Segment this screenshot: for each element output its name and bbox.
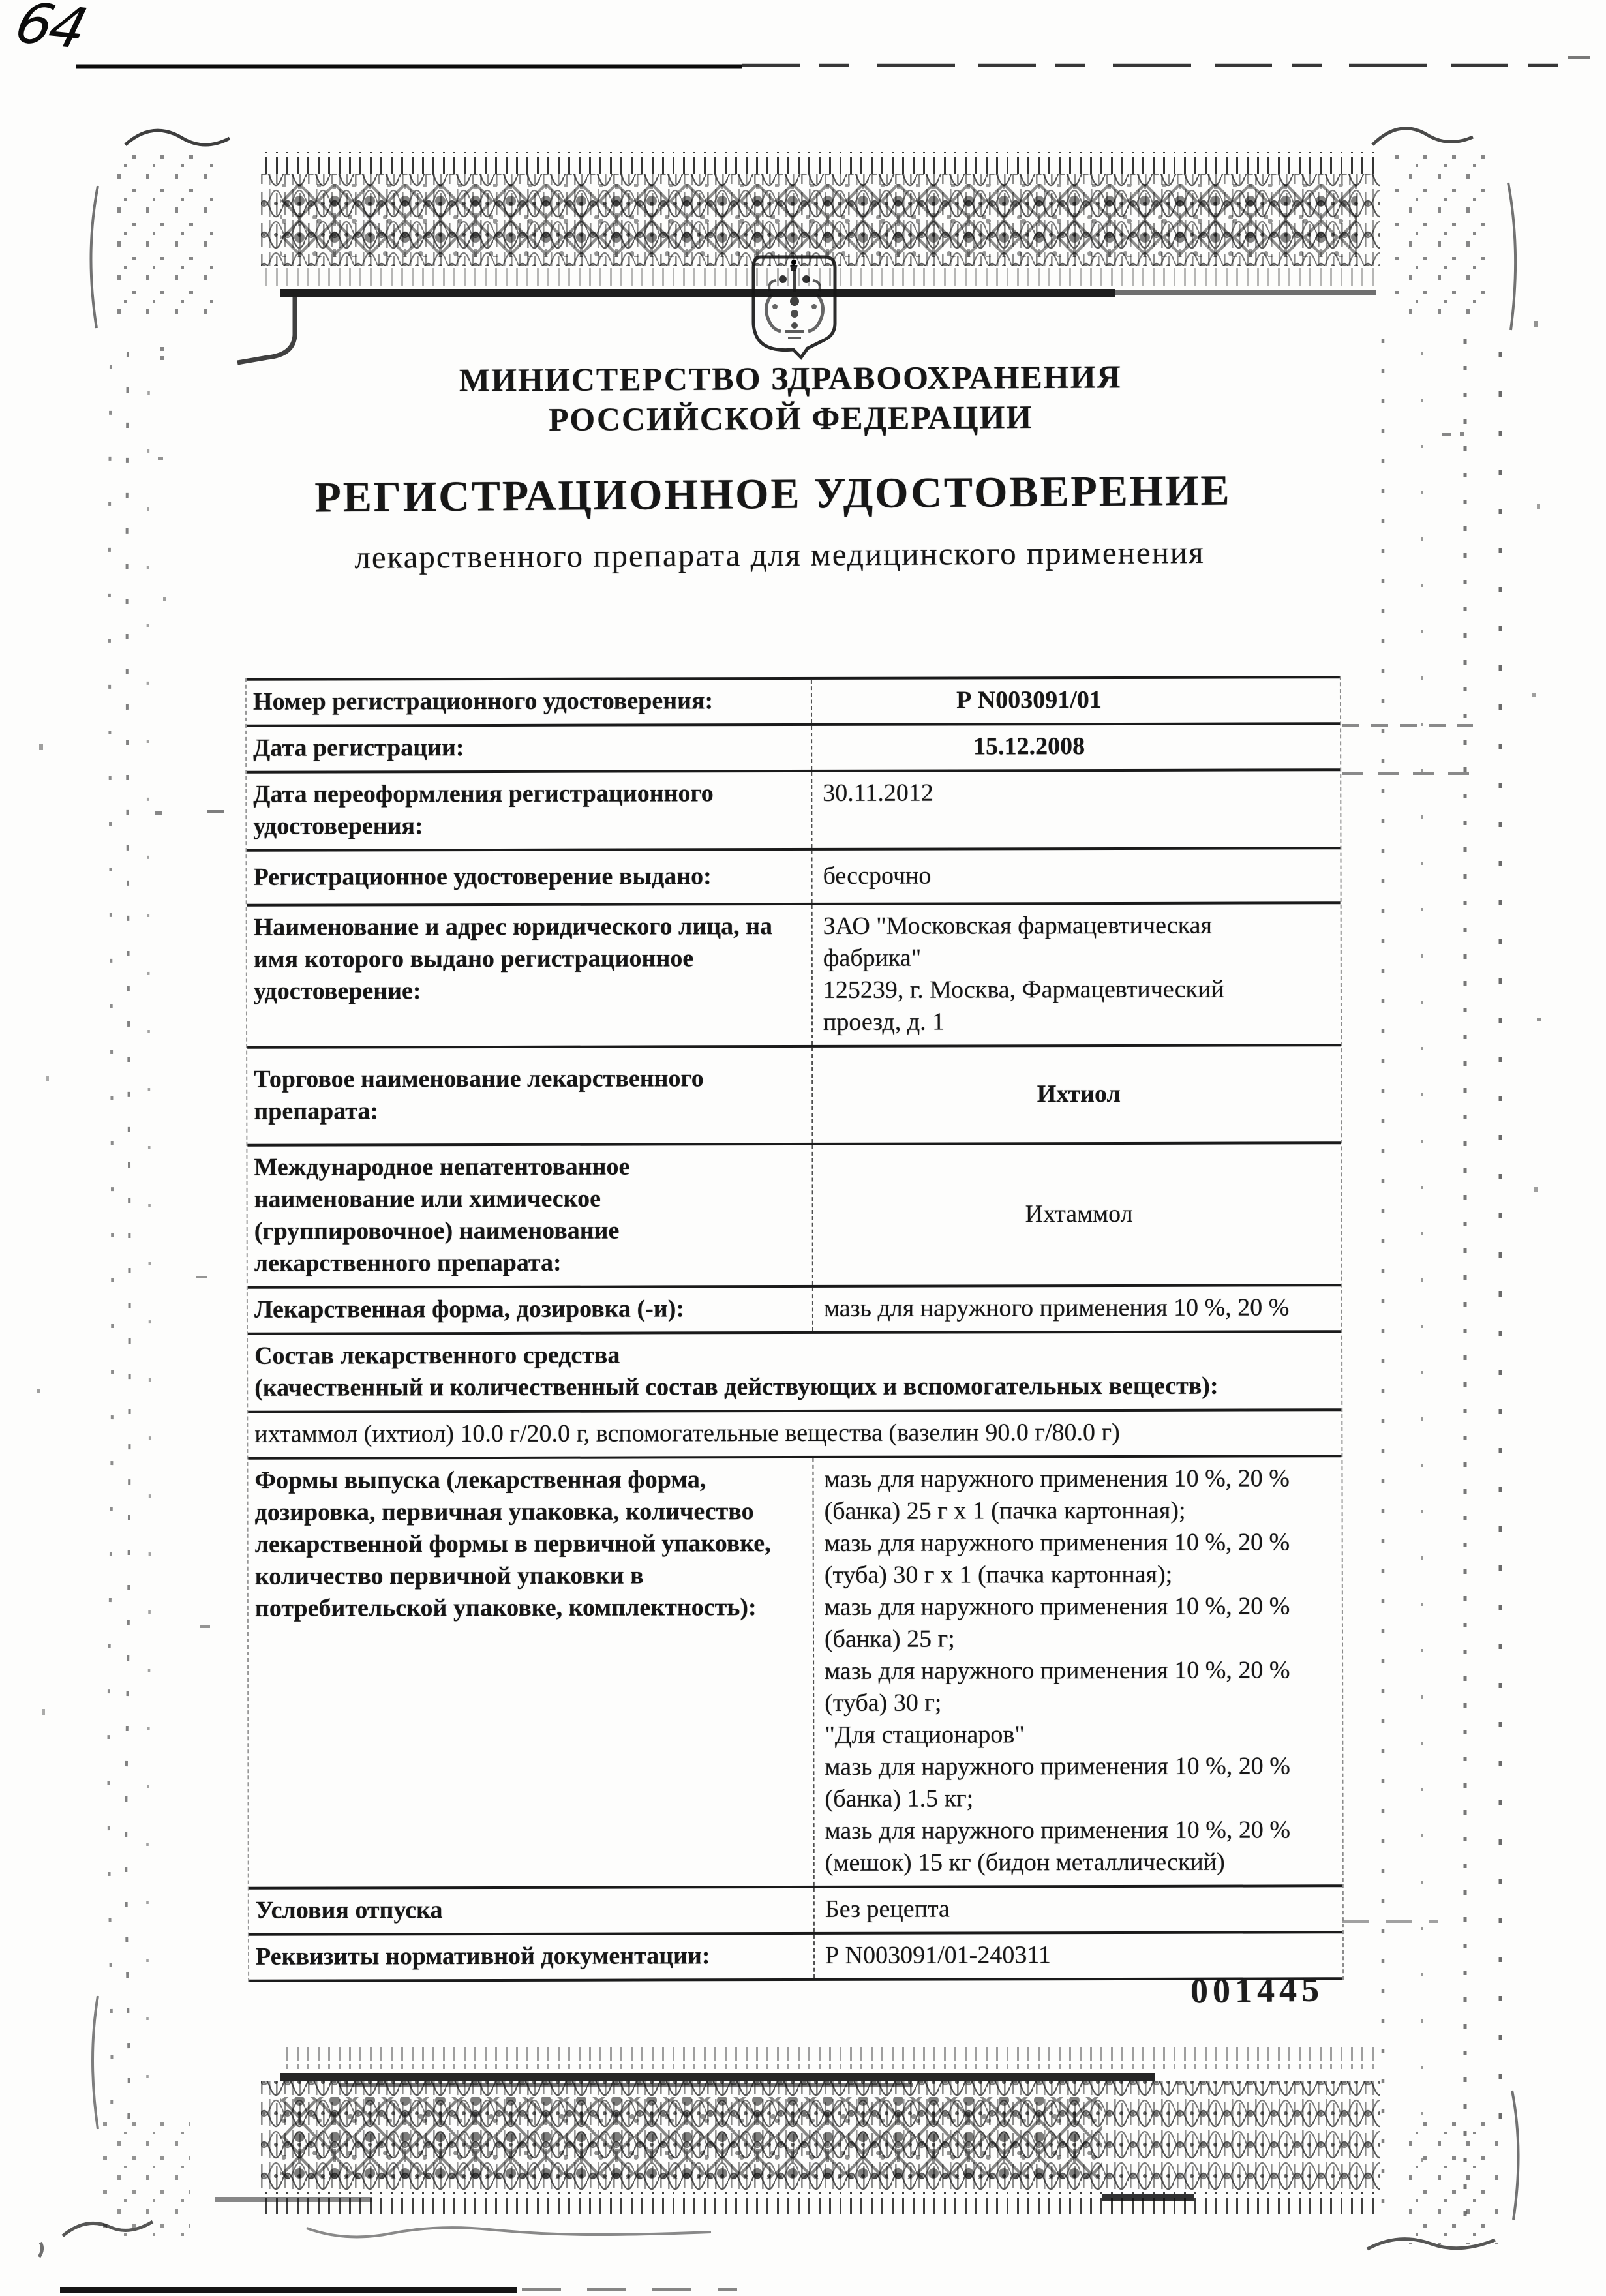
field-value: Без рецепта — [813, 1887, 1342, 1932]
field-value: 15.12.2008 — [811, 725, 1340, 770]
field-value: мазь для наружного применения 10 %, 20 % — [812, 1286, 1341, 1331]
table-row: Международное непатентованное наименован… — [247, 1144, 1341, 1289]
table-row: Условия отпуска Без рецепта — [249, 1887, 1342, 1936]
frame-corner-bottom-left — [63, 1996, 190, 2237]
table-row: Формы выпуска (лекарственная форма, дози… — [248, 1457, 1342, 1890]
frame-corner-top-right — [1372, 128, 1515, 330]
section-header: Состав лекарственного средства (качестве… — [248, 1333, 1341, 1411]
field-value: мазь для наружного применения 10 %, 20 %… — [812, 1457, 1342, 1886]
field-label: Наименование и адрес юридического лица, … — [247, 905, 811, 1046]
certificate-serial-stamp: 001445 — [1190, 1969, 1324, 2012]
field-value: Ихтиол — [811, 1046, 1341, 1143]
table-row: ихтаммол (ихтиол) 10.0 г/20.0 г, вспомог… — [248, 1411, 1341, 1460]
field-value: Ихтаммол — [811, 1144, 1341, 1285]
field-value: ЗАО "Московская фармацевтическая фабрика… — [811, 904, 1341, 1045]
table-row: Реквизиты нормативной документации: Р N0… — [249, 1933, 1342, 1982]
frame-corner-bottom-right — [1367, 2091, 1519, 2249]
table-row: Дата переоформления регистрационного удо… — [247, 771, 1340, 852]
frame-right-band — [1383, 339, 1500, 2218]
field-label: Реквизиты нормативной документации: — [249, 1935, 813, 1980]
certificate-table: Номер регистрационного удостоверения: Р … — [245, 676, 1344, 1982]
field-label: Торговое наименование лекарственного пре… — [247, 1048, 811, 1144]
composition-line: ихтаммол (ихтиол) 10.0 г/20.0 г, вспомог… — [248, 1411, 1341, 1457]
table-row: Регистрационное удостоверение выдано: бе… — [247, 849, 1340, 907]
field-label: Номер регистрационного удостоверения: — [247, 680, 811, 725]
field-label: Дата переоформления регистрационного удо… — [247, 772, 811, 849]
top-rule — [76, 57, 1590, 67]
field-value: Р N003091/01 — [811, 678, 1340, 723]
field-label: Дата регистрации: — [247, 726, 811, 771]
field-value: бессрочно — [811, 849, 1340, 903]
field-label: Условия отпуска — [249, 1888, 813, 1933]
field-label: Формы выпуска (лекарственная форма, дози… — [248, 1458, 813, 1887]
frame-left-band — [108, 352, 149, 2146]
frame-corner-top-left — [91, 130, 230, 328]
table-row: Дата регистрации: 15.12.2008 — [247, 725, 1340, 774]
field-label: Лекарственная форма, дозировка (-и): — [248, 1288, 812, 1333]
table-row: Лекарственная форма, дозировка (-и): маз… — [248, 1286, 1341, 1335]
table-row: Номер регистрационного удостоверения: Р … — [247, 676, 1340, 727]
field-value: 30.11.2012 — [811, 771, 1340, 848]
table-row: Наименование и адрес юридического лица, … — [247, 904, 1341, 1049]
field-label: Международное непатентованное наименован… — [247, 1145, 811, 1286]
field-label: Регистрационное удостоверение выдано: — [247, 851, 811, 904]
table-row: Торговое наименование лекарственного пре… — [247, 1046, 1341, 1147]
frame-bottom-band — [215, 2047, 1380, 2237]
ministry-name: МИНИСТЕРСТВО ЗДРАВООХРАНЕНИЯ РОССИЙСКОЙ … — [0, 355, 1581, 443]
table-row: Состав лекарственного средства (качестве… — [248, 1333, 1341, 1413]
scanned-registration-certificate: 64 МИНИСТЕРСТВО ЗДРАВООХРАНЕНИЯ РОССИЙСК… — [0, 0, 1606, 2296]
